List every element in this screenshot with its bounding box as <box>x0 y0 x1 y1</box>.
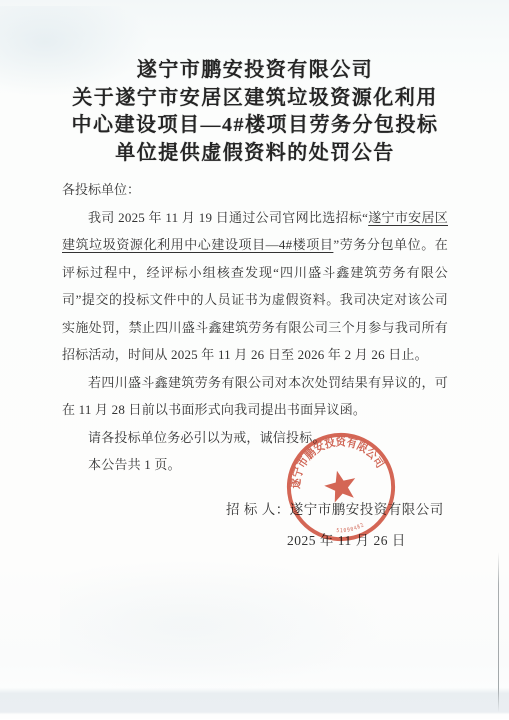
title-line-1: 遂宁市鹏安投资有限公司 <box>62 57 448 85</box>
tenderer-signature: 招 标 人：遂宁市鹏安投资有限公司 <box>226 495 448 525</box>
paragraph-4: 本公告共 1 页。 <box>62 451 448 479</box>
paragraph-1-lead: 我司 2025 年 11 月 19 日通过公司官网比选招标“ <box>88 210 368 225</box>
scan-shading-middle <box>60 560 380 690</box>
signature-date: 2025 年 11 月 26 日 <box>287 525 448 557</box>
signature-block: 招 标 人：遂宁市鹏安投资有限公司 2025 年 11 月 26 日 <box>62 495 448 557</box>
title-line-3: 中心建设项目—4#楼项目劳务分包投标 <box>62 112 448 140</box>
paragraph-2: 若四川盛斗鑫建筑劳务有限公司对本次处罚结果有异议的，可在 11 月 28 日前以… <box>62 369 448 424</box>
paragraph-1-rest: ”劳务分包单位。在评标过程中，经评标小组核查发现“四川盛斗鑫建筑劳务有限公司”提… <box>62 237 448 362</box>
document-title: 遂宁市鹏安投资有限公司 关于遂宁市安居区建筑垃圾资源化利用 中心建设项目—4#楼… <box>62 57 448 167</box>
title-line-2: 关于遂宁市安居区建筑垃圾资源化利用 <box>62 85 448 113</box>
paragraph-3: 请各投标单位务必引以为戒，诚信投标。 <box>62 424 448 452</box>
scan-edge-line <box>498 552 499 712</box>
document-content: 遂宁市鹏安投资有限公司 关于遂宁市安居区建筑垃圾资源化利用 中心建设项目—4#楼… <box>62 57 448 557</box>
scanned-document-page: 遂宁市鹏安投资有限公司 关于遂宁市安居区建筑垃圾资源化利用 中心建设项目—4#楼… <box>0 0 509 720</box>
paragraph-1: 我司 2025 年 11 月 19 日通过公司官网比选招标“遂宁市安居区建筑垃圾… <box>62 204 448 369</box>
title-line-4: 单位提供虚假资料的处罚公告 <box>62 140 448 168</box>
salutation: 各投标单位： <box>62 176 448 204</box>
